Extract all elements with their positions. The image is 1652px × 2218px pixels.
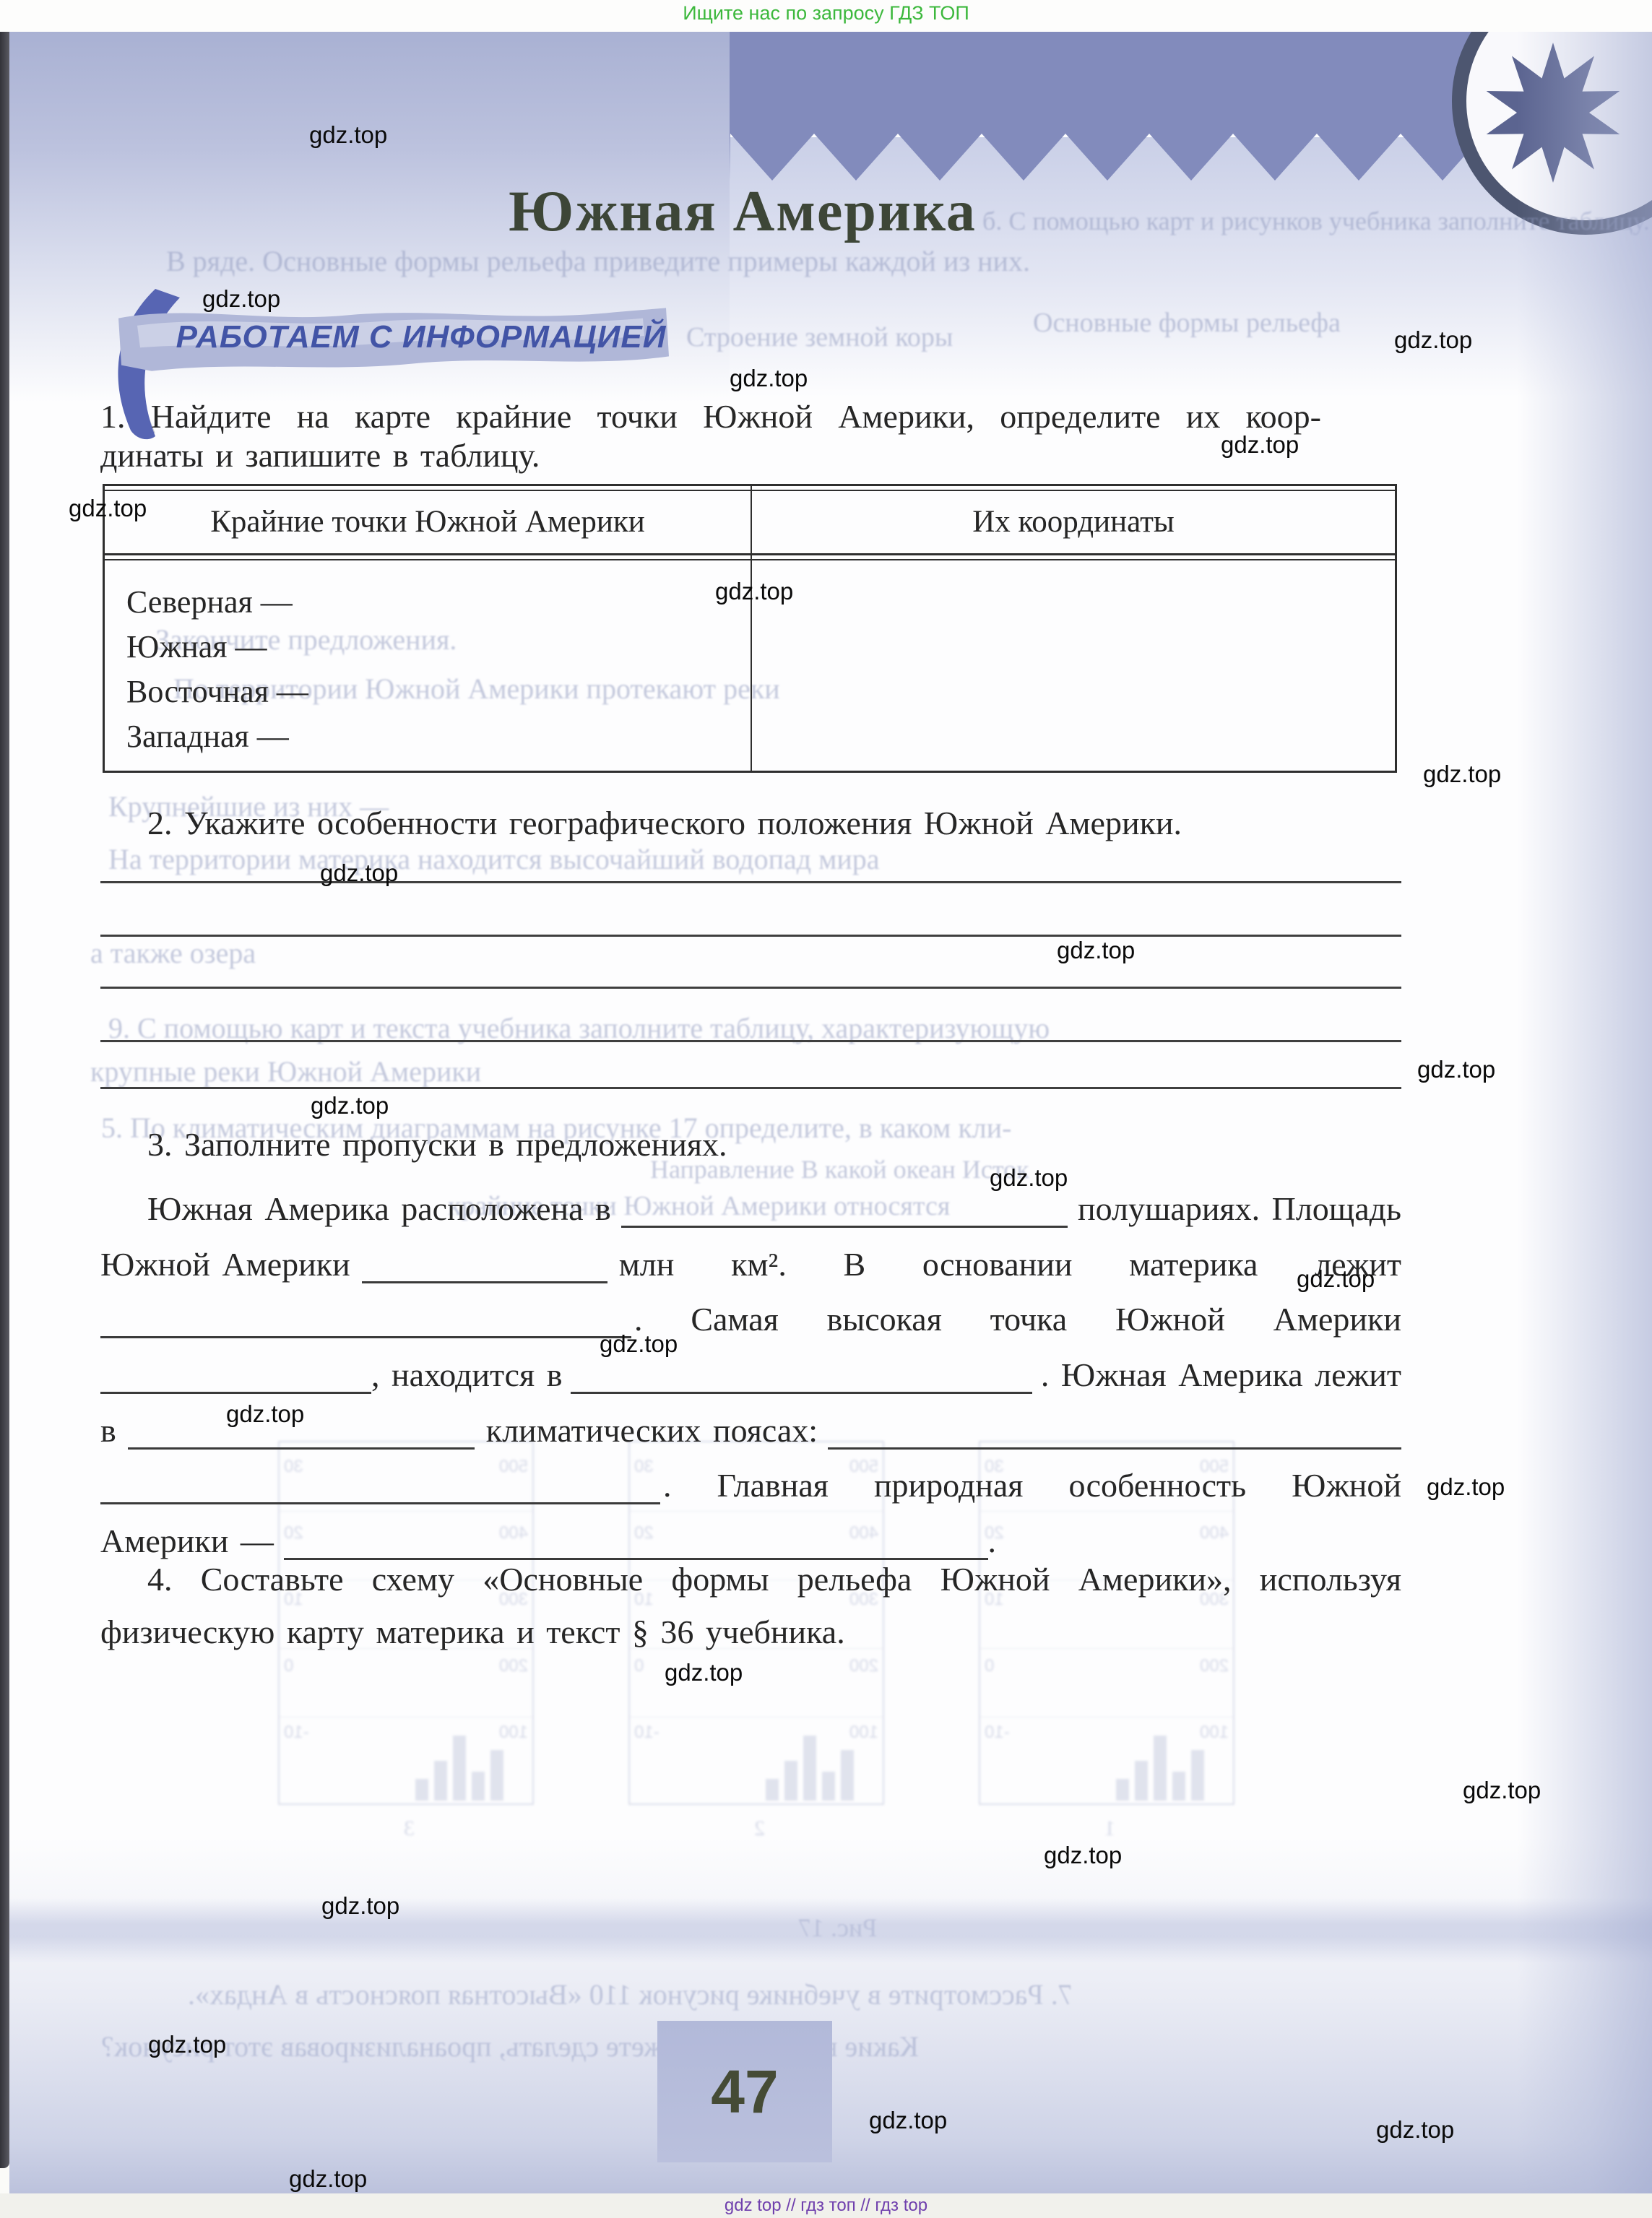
watermark: gdz.top: [1417, 1056, 1495, 1083]
answer-line: [100, 1040, 1401, 1042]
table-header-sep-inner: [103, 559, 1397, 560]
workbook-page: б. С помощью карт и рисунков учебника за…: [9, 32, 1652, 2193]
blank-field: [100, 1352, 371, 1394]
watermark: gdz.top: [869, 2107, 947, 2134]
task3-heading: 3. Заполните пропуски в предложениях.: [100, 1125, 1401, 1164]
watermark: gdz.top: [665, 1659, 743, 1686]
scanned-workbook-page: Ищите нас по запросу ГДЗ ТОП б. С помощь…: [0, 0, 1652, 2218]
fill-text: в: [100, 1411, 116, 1450]
bleed-text: крупные реки Южной Америки: [90, 1054, 481, 1088]
bleed-text: Основные формы рельефа: [1033, 307, 1341, 339]
blank-field: [571, 1352, 1032, 1394]
watermark: gdz.top: [600, 1330, 678, 1358]
watermark: gdz.top: [1427, 1473, 1505, 1501]
task4-line1: 4. Составьте схему «Основные формы релье…: [100, 1560, 1401, 1599]
fill-line-7: Америки — .: [100, 1518, 996, 1560]
table-header-sep-outer: [103, 553, 1397, 555]
promo-text: Ищите нас по запросу ГДЗ ТОП: [0, 2, 1652, 25]
fill-text: . Южная Америка лежит: [1041, 1356, 1401, 1394]
table-row-east: Восточная —: [126, 673, 308, 710]
fill-line-2: Южной Америки млн км². В основании матер…: [100, 1242, 1401, 1283]
watermark: gdz.top: [309, 121, 387, 149]
ribbon-label: РАБОТАЕМ С ИНФОРМАЦИЕЙ: [172, 316, 670, 358]
task4-line2: физическую карту материка и текст § 36 у…: [100, 1613, 1401, 1652]
bleed-text: На территории материка находится высочай…: [108, 842, 880, 876]
fill-text: Америки —: [100, 1522, 274, 1560]
watermark: gdz.top: [1376, 2116, 1454, 2144]
page-number-badge: 47: [657, 2021, 832, 2162]
page-number: 47: [711, 2057, 778, 2127]
table-col1-header: Крайние точки Южной Америки: [105, 504, 751, 540]
fill-text: . Самая высокая точка Южной Америки: [634, 1300, 1401, 1338]
watermark: gdz.top: [1297, 1265, 1375, 1293]
table-row-west: Западная —: [126, 718, 289, 755]
fill-line-6: . Главная природная особенность Южной: [100, 1463, 1401, 1504]
watermark: gdz.top: [1463, 1777, 1541, 1804]
blank-field: [100, 1463, 660, 1504]
table-col2-header: Их координаты: [752, 504, 1395, 540]
fill-text: , находится в: [371, 1356, 562, 1394]
watermark: gdz.top: [311, 1092, 389, 1119]
watermark: gdz.top: [715, 578, 793, 605]
fill-text: климатических поясах:: [486, 1411, 818, 1450]
watermark: gdz.top: [69, 495, 147, 522]
table-border-top-outer: [103, 484, 1397, 486]
fill-text: Южная Америка расположена в: [147, 1190, 611, 1228]
fill-line-1: Южная Америка расположена в полушариях. …: [100, 1186, 1401, 1228]
table-row-north: Северная —: [126, 584, 293, 620]
watermark: gdz.top: [202, 285, 280, 313]
watermark: gdz.top: [321, 1892, 399, 1920]
fill-text: . Главная природная особенность Южной: [663, 1466, 1401, 1504]
bleed-text: В ряде. Основные формы рельефа приведите…: [166, 244, 1030, 278]
watermark: gdz.top: [226, 1400, 304, 1428]
watermark: gdz.top: [289, 2165, 367, 2193]
answer-line: [100, 987, 1401, 989]
bleed-text: Строение земной коры: [686, 321, 953, 353]
watermark: gdz.top: [320, 859, 398, 887]
bleed-text: а также озера: [90, 936, 256, 970]
page-title: Южная Америка: [371, 179, 1115, 245]
answer-line: [100, 881, 1401, 883]
blank-field: [284, 1518, 988, 1560]
watermark: gdz.top: [990, 1164, 1068, 1192]
table-border-bottom: [103, 771, 1397, 773]
watermark: gdz.top: [1423, 761, 1501, 788]
fill-text: млн км². В основании материка лежит: [619, 1245, 1401, 1283]
fill-line-4: , находится в . Южная Америка лежит: [100, 1352, 1401, 1394]
watermark: gdz.top: [1044, 1842, 1122, 1869]
fill-text: .: [988, 1522, 997, 1560]
watermark: gdz.top: [1057, 937, 1135, 964]
fill-line-3: . Самая высокая точка Южной Америки: [100, 1296, 1401, 1338]
task2-text: 2. Укажите особенности географического п…: [100, 804, 1401, 843]
watermark: gdz.top: [148, 2031, 226, 2058]
watermark: gdz.top: [1394, 326, 1472, 354]
task1-line1: 1. Найдите на карте крайние точки Южной …: [100, 397, 1321, 436]
blank-field: [100, 1296, 631, 1338]
watermark: gdz.top: [730, 365, 808, 392]
fill-text: полушариях. Площадь: [1078, 1190, 1401, 1228]
answer-line: [100, 935, 1401, 937]
right-edge-wash: [1517, 32, 1652, 2193]
footer-gdz-text: gdz top // гдз топ // гдз top: [0, 2196, 1652, 2216]
fill-text: Южной Америки: [100, 1245, 350, 1283]
book-spine-edge: [0, 32, 9, 2168]
table-border-top-inner: [103, 490, 1397, 491]
task1-line2: динаты и запишите в таблицу.: [100, 436, 1401, 475]
table-border-right: [1395, 484, 1397, 773]
blank-field: [362, 1242, 607, 1283]
watermark: gdz.top: [1221, 431, 1299, 459]
table-row-south: Южная —: [126, 628, 267, 665]
blank-field: [621, 1186, 1068, 1228]
bleed-climate-charts: 5004003002001003020100-10150040030020010…: [269, 1441, 1240, 1874]
blank-field: [828, 1408, 1401, 1450]
answer-line: [100, 1087, 1401, 1089]
